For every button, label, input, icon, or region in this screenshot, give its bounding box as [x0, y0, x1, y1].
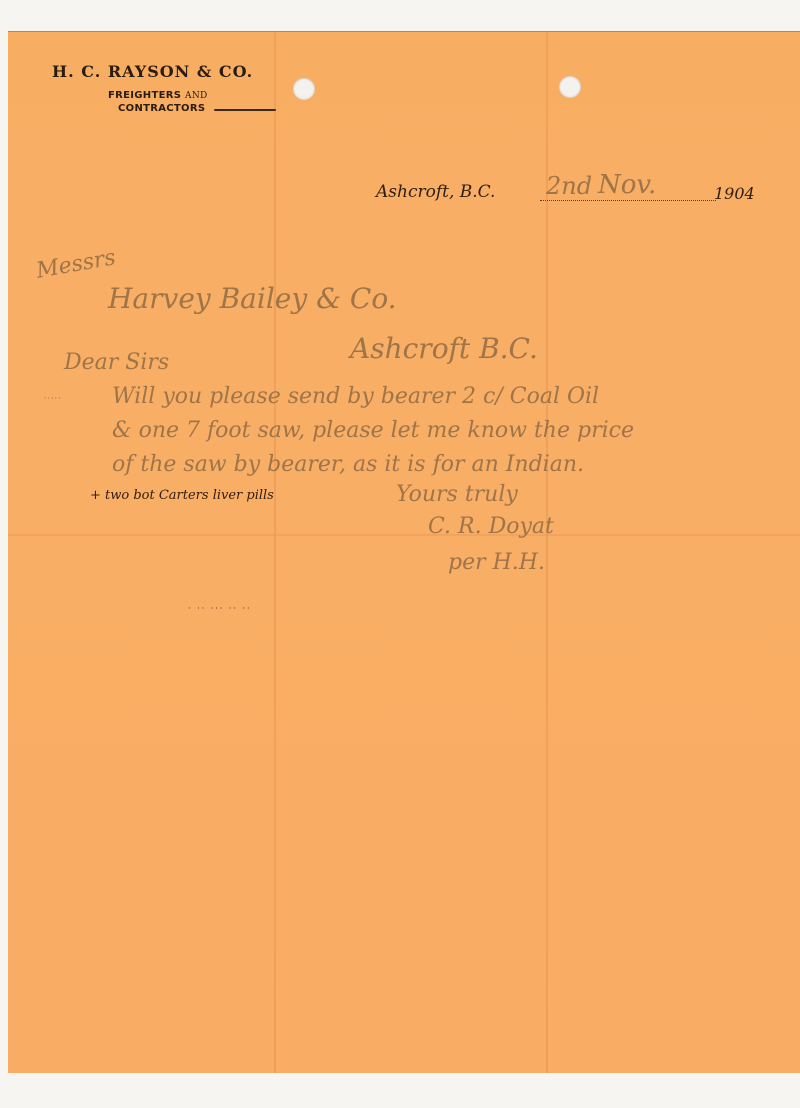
fold-crease	[274, 32, 276, 1073]
punch-hole	[559, 76, 581, 98]
per-initials: per H.H.	[448, 550, 545, 575]
date-place: Ashcroft, B.C.	[376, 182, 495, 202]
body-line-2: & one 7 foot saw, please let me know the…	[112, 418, 634, 443]
greeting: Dear Sirs	[64, 350, 169, 375]
fold-crease	[8, 534, 800, 536]
letterhead-rule	[214, 109, 276, 111]
margin-dots: ·····	[44, 394, 62, 403]
letterhead-freighters: FREIGHTERS	[108, 90, 181, 101]
body-line-3: of the saw by bearer, as it is for an In…	[112, 452, 584, 477]
valediction: Yours truly	[396, 482, 518, 507]
recipient-name: Harvey Bailey & Co.	[108, 282, 397, 315]
date-day: 2nd	[546, 172, 592, 200]
stray-ink-specks: · ·· ··· ·· ··	[188, 604, 252, 613]
date-year: 1904	[714, 184, 755, 203]
letterhead-contractors: CONTRACTORS	[118, 103, 205, 114]
letter-paper: H. C. RAYSON & CO. FREIGHTERS AND CONTRA…	[8, 32, 800, 1073]
letterhead-company: H. C. RAYSON & CO.	[52, 62, 253, 81]
letterhead-and: AND	[185, 91, 208, 101]
punch-hole	[293, 78, 315, 100]
date-dotted-line	[540, 200, 716, 201]
body-line-1: Will you please send by bearer 2 c/ Coal…	[112, 384, 599, 409]
letterhead-line1: FREIGHTERS AND	[108, 90, 208, 101]
signature: C. R. Doyat	[428, 514, 554, 539]
recipient-prefix: Messrs	[34, 245, 117, 284]
recipient-city: Ashcroft B.C.	[350, 332, 538, 365]
date-month: Nov.	[598, 170, 656, 200]
postscript: + two bot Carters liver pills	[90, 488, 274, 503]
